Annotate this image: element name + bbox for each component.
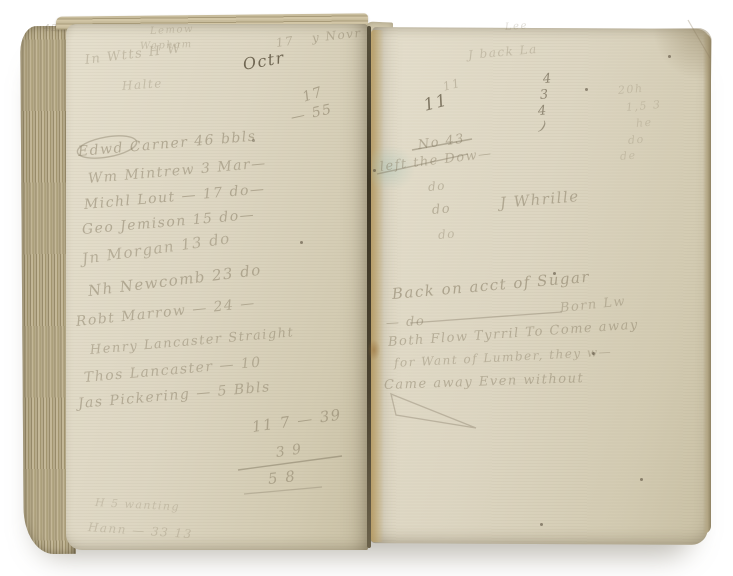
foxing-speck bbox=[540, 523, 543, 526]
gutter-stain bbox=[371, 30, 384, 542]
foxing-speck bbox=[592, 352, 595, 355]
photo-of-open-ledger: 42 Lemow Wapham 17 y Novr In Wtts H W Ha… bbox=[0, 0, 733, 576]
foxing-speck bbox=[373, 169, 376, 172]
column-number: 4 bbox=[537, 103, 548, 119]
foxing-speck bbox=[585, 88, 588, 91]
foxing-speck bbox=[668, 55, 671, 58]
note-line: — do bbox=[386, 314, 426, 331]
header-scribble: Halte bbox=[122, 76, 164, 93]
ditto-mark: do bbox=[437, 226, 456, 242]
foxing-speck bbox=[300, 241, 303, 244]
side-scribble: he bbox=[635, 116, 653, 130]
foxing-speck bbox=[640, 478, 643, 481]
column-number: 3 bbox=[539, 87, 550, 103]
header-scribble: Lemow bbox=[150, 24, 195, 37]
totals-line: 5 8 bbox=[267, 467, 297, 488]
right-page-edge bbox=[703, 34, 711, 534]
header-scribble: 17 bbox=[275, 34, 295, 50]
side-scribble: do bbox=[627, 133, 645, 147]
ditto-mark: do bbox=[427, 178, 446, 194]
left-page-number: 42 bbox=[44, 24, 58, 34]
brown-spot-stain bbox=[368, 340, 380, 360]
side-scribble: de bbox=[619, 149, 637, 163]
column-number: 4 bbox=[542, 71, 553, 87]
foxing-speck bbox=[252, 139, 255, 142]
foxing-speck bbox=[553, 272, 556, 275]
side-scribble: 20h bbox=[617, 82, 644, 97]
header-scribble: Lee bbox=[505, 20, 529, 33]
ditto-mark: do bbox=[431, 201, 451, 218]
top-right-corner-crease bbox=[648, 28, 712, 86]
